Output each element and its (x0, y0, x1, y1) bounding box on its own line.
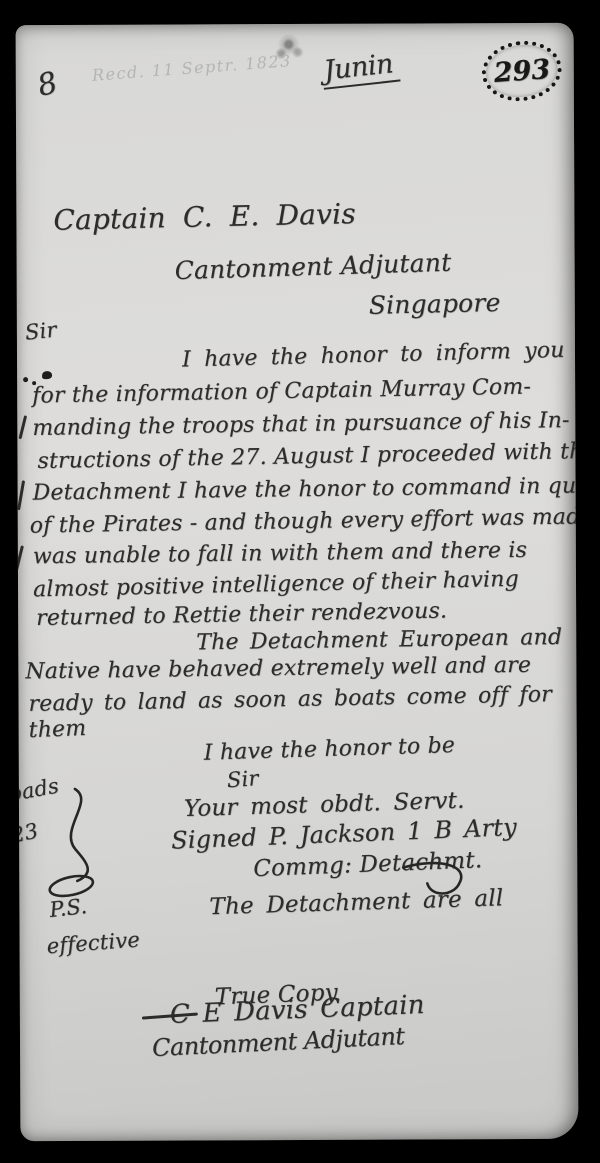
body-line: them (28, 716, 87, 743)
corner-mark: 8 (34, 65, 61, 104)
body-line: Native have behaved extremely well and a… (25, 653, 531, 685)
body-line: for the information of Captain Murray Co… (32, 374, 531, 408)
body-line: structions of the 27. August I proceeded… (37, 439, 578, 474)
postscript-text: The Detachment are all (209, 885, 504, 920)
postscript-margin-word: effective (46, 927, 141, 958)
salutation: Sir (24, 317, 58, 344)
manuscript-scan: { "page": { "pencil_note": "Recd. 11 Sep… (0, 0, 600, 1163)
body-line: was unable to fall in with them and ther… (33, 538, 528, 569)
body-line: manding the troops that in pursuance of … (32, 408, 570, 441)
address-line-2: Cantonment Adjutant (174, 248, 452, 285)
margin-pen-tick (16, 545, 24, 571)
closing-line-1: I have the honor to be (203, 733, 455, 766)
received-pencil-note: Recd. 11 Septr. 1823 (91, 51, 292, 85)
scan-background: Recd. 11 Septr. 1823 Junin 293 8 Captain… (0, 0, 600, 1163)
body-line: Detachment I have the honor to command i… (32, 473, 578, 506)
address-line-1: Captain C. E. Davis (53, 197, 356, 237)
folio-number-stamp: 293 (478, 36, 565, 106)
margin-note-year: 23 (16, 819, 41, 848)
address-line-3: Singapore (368, 288, 500, 320)
body-line: returned to Rettie their rendezvous. (36, 598, 447, 631)
body-line: ready to land as soon as boats come off … (28, 682, 552, 717)
docket-word-text: Junin (320, 48, 400, 90)
ink-blot (23, 377, 28, 382)
folio-number: 293 (493, 53, 552, 88)
body-line: almost positive intelligence of their ha… (33, 567, 519, 603)
body-line: I have the honor to inform you (182, 338, 565, 373)
closing-line-2: Sir (226, 766, 259, 792)
ink-blot (42, 371, 52, 379)
docket-word: Junin (320, 48, 400, 87)
letter-page: Recd. 11 Septr. 1823 Junin 293 8 Captain… (16, 23, 579, 1141)
margin-pen-tick (19, 415, 27, 439)
margin-pen-tick (17, 480, 25, 510)
postscript-label: P.S. (48, 894, 88, 922)
body-line: of the Pirates - and though every effort… (30, 504, 579, 538)
body-line: The Detachment European and (196, 625, 562, 655)
margin-flourish (41, 787, 105, 897)
